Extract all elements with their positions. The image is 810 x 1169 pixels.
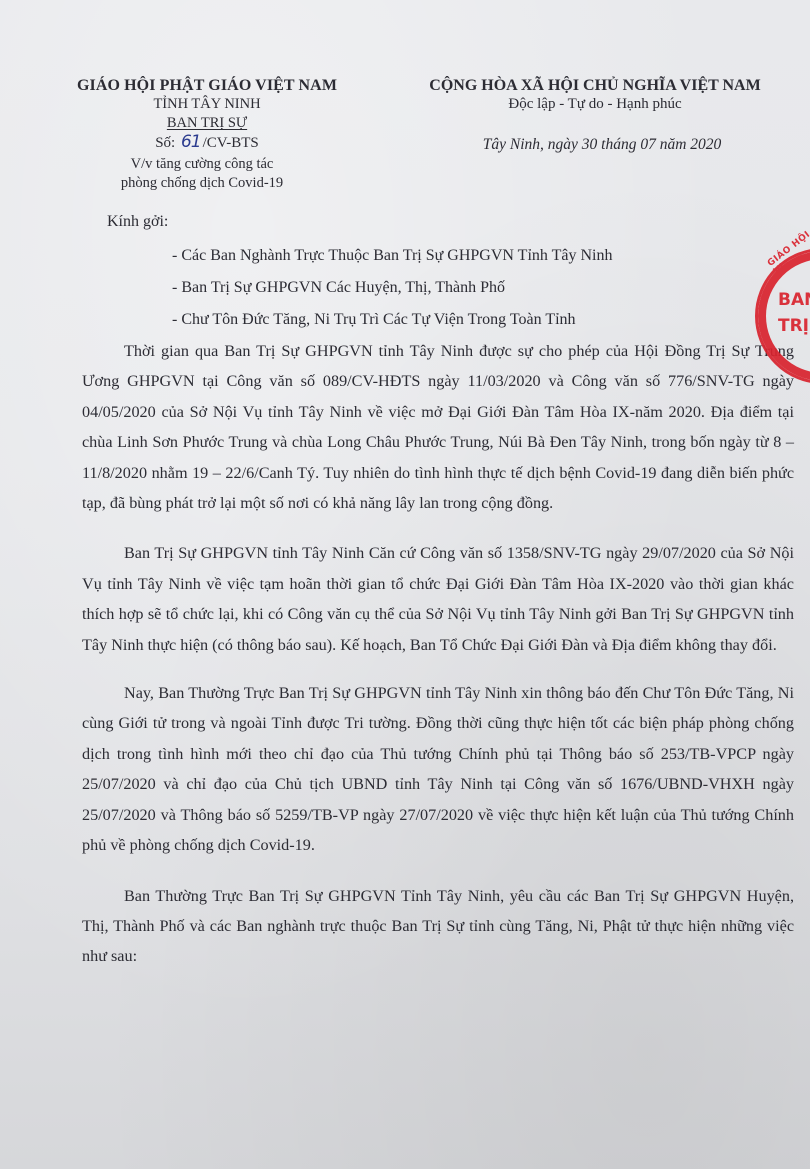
handwritten-number: 61 [181,133,201,152]
document-date: Tây Ninh, ngày 30 tháng 07 năm 2020 [442,136,762,154]
document-page: GIÁO HỘI PHẬT GIÁO VIỆT NAM TỈNH TÂY NIN… [0,0,810,1169]
number-suffix: /CV-BTS [203,135,259,151]
body-paragraph: Thời gian qua Ban Trị Sự GHPGVN tỉnh Tây… [82,336,794,518]
stamp-line-1: BAN [778,287,810,313]
subject-line-1: V/v tăng cường công tác [82,155,322,174]
stamp-arc-text: GIÁO HỘI PHẬT GIÁO VI [766,186,810,277]
national-header: CỘNG HÒA XÃ HỘI CHỦ NGHĨA VIỆT NAM Độc l… [405,76,785,114]
recipient-item: - Các Ban Nghành Trực Thuộc Ban Trị Sự G… [172,244,612,276]
recipient-item: - Ban Trị Sự GHPGVN Các Huyện, Thị, Thàn… [172,276,612,308]
organization-name: GIÁO HỘI PHẬT GIÁO VIỆT NAM [62,76,352,95]
issuer-header: GIÁO HỘI PHẬT GIÁO VIỆT NAM TỈNH TÂY NIN… [62,76,352,153]
number-prefix: Số: [155,135,175,151]
recipient-list: - Các Ban Nghành Trực Thuộc Ban Trị Sự G… [172,244,612,340]
country-name: CỘNG HÒA XÃ HỘI CHỦ NGHĨA VIỆT NAM [405,76,785,95]
document-number: Số: 61/CV-BTS [62,133,352,153]
province-name: TỈNH TÂY NINH [62,95,352,114]
document-body: Thời gian qua Ban Trị Sự GHPGVN tỉnh Tây… [82,336,794,992]
body-paragraph: Ban Trị Sự GHPGVN tỉnh Tây Ninh Căn cứ C… [82,538,794,660]
body-paragraph: Ban Thường Trực Ban Trị Sự GHPGVN Tỉnh T… [82,881,794,972]
greeting: Kính gởi: [107,213,168,231]
document-subject: V/v tăng cường công tác phòng chống dịch… [82,155,322,193]
body-paragraph: Nay, Ban Thường Trực Ban Trị Sự GHPGVN t… [82,678,794,860]
department-name: BAN TRỊ SỰ [62,114,352,133]
subject-line-2: phòng chống dịch Covid-19 [82,174,322,193]
national-motto: Độc lập - Tự do - Hạnh phúc [405,95,785,114]
stamp-line-2: TRỊ [778,313,810,339]
stamp-inner-text: BAN TRỊ [778,287,810,339]
